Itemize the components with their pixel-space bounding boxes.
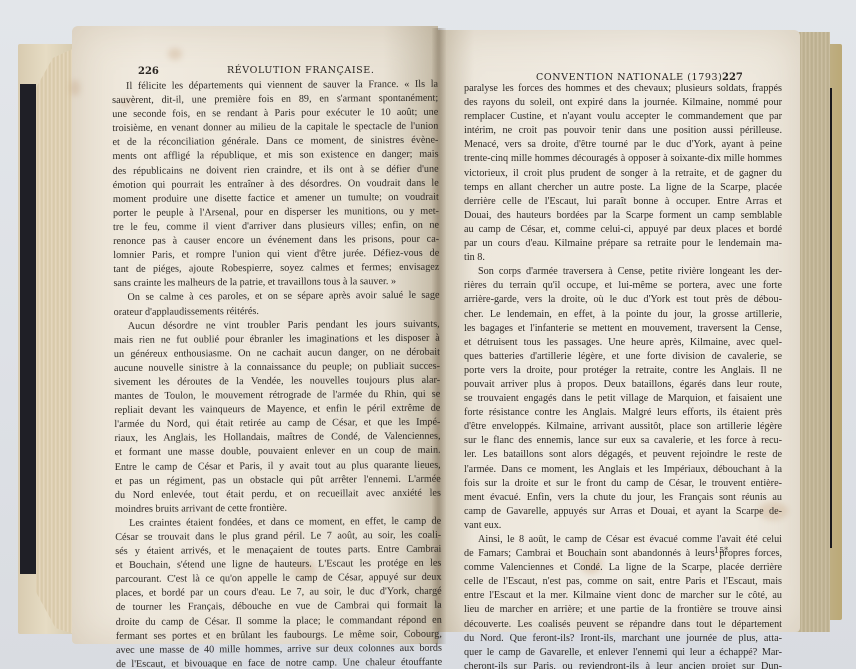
text-line: victorieux, il croit plus prudent de son… — [464, 167, 782, 181]
text-line: des rayons du soleil, ont expiré dans la… — [464, 96, 782, 110]
text-line: se trouvaient engagés dans le petit vill… — [464, 392, 782, 406]
text-line: sur le flanc des ennemis, lance sur eux … — [464, 434, 782, 448]
text-line: ment évacué. Enfin, vers la chute du jou… — [464, 491, 782, 505]
right-page-body: paralyse les forces des hommes et des ch… — [464, 82, 782, 669]
text-line: lieu de marcher en arrière; et une parti… — [464, 603, 782, 617]
text-line: entre l'Escaut et la mer. Kilmaine vient… — [464, 589, 782, 603]
text-line: camp de Gavarelle, appuyés sur Arras et … — [464, 505, 782, 519]
text-line: derrière celle de l'Escaut, lui paraît b… — [464, 195, 782, 209]
foxing-stain — [168, 48, 182, 60]
text-line: remplacer Custine, et n'ayant voulu acce… — [464, 110, 782, 124]
foxing-stain — [70, 80, 80, 96]
text-line: découverte. Les coalisés peuvent se répa… — [464, 618, 782, 632]
text-line: par un cours d'eau. Kilmaine prépare sa … — [464, 237, 782, 251]
text-line: fois sur la droite et sur le front du ca… — [464, 477, 782, 491]
text-line: de l'Escaut, et bivouaque en face de not… — [116, 656, 442, 669]
text-line: vant eux. — [464, 519, 782, 533]
text-line: quer le camp de Gavarelle, et enlever l'… — [464, 646, 782, 660]
text-line: comme Valenciennes et Condé. La ligne de… — [464, 561, 782, 575]
page-number-left: 226 — [138, 66, 159, 77]
text-line: Son corps d'armée traversera à Cense, pe… — [464, 265, 782, 279]
text-line: porte vers la droite, pour protéger la r… — [464, 364, 782, 378]
left-page-body: Il félicite les départements qui viennen… — [112, 78, 442, 669]
running-header-left: RÉVOLUTION FRANÇAISE. — [227, 65, 374, 76]
text-line: les bagages et l'infanterie se mettent e… — [464, 322, 782, 336]
text-line: rières du terrain qu'il occupe, et lui-m… — [464, 279, 782, 293]
text-line: intérim, ne croit pas pouvoir tenir dans… — [464, 124, 782, 138]
text-line: cher. Le lendemain, en effet, à la point… — [464, 308, 782, 322]
text-line: au camp de César, et, comme celui-ci, ap… — [464, 223, 782, 237]
text-line: pouvait arriver plus à propos. Deux bata… — [464, 378, 782, 392]
text-line: paralyse les forces des hommes et des ch… — [464, 82, 782, 96]
text-line: ques batteries d'artillerie légère, et u… — [464, 350, 782, 364]
text-line: Menacé, vers sa droite, d'être tourné pa… — [464, 138, 782, 152]
open-book: 226 RÉVOLUTION FRANÇAISE. CONVENTION NAT… — [0, 0, 856, 669]
text-line: de Famars; Cambrai et Bouchain sont aban… — [464, 547, 782, 561]
text-line: l'armée. Dans ce moment, les Anglais et … — [464, 463, 782, 477]
text-line: celle de l'Escaut, n'est pas, comme on s… — [464, 575, 782, 589]
text-line: arrière-garde, vers la droite, où le duc… — [464, 293, 782, 307]
text-line: On se calme à ces paroles, et on se sépa… — [113, 289, 439, 305]
text-line: tin 8. — [464, 251, 782, 265]
text-line: du Nord. Que feront-ils? Iront-ils, marc… — [464, 632, 782, 646]
text-line: temps en allant chercher un autre poste.… — [464, 181, 782, 195]
text-line: du Nord enlevée, tout était perdu, et on… — [115, 486, 441, 502]
cover-cloth-left — [20, 84, 36, 574]
text-line: et détruisent tous les passages. Une heu… — [464, 336, 782, 350]
text-line: Ainsi, le 8 août, le camp de César est é… — [464, 533, 782, 547]
text-line: cheront-ils sur Paris, ou reviendront-il… — [464, 660, 782, 669]
text-line: Douai, des hauteurs bordées par la Scarp… — [464, 209, 782, 223]
text-line: forte résistance contre les Anglais. Mal… — [464, 406, 782, 420]
text-line: ler. Les bataillons sont alors dégagés, … — [464, 448, 782, 462]
text-line: trente-cinq mille hommes découragés à op… — [464, 152, 782, 166]
text-line: d'être enveloppés. Kilmaine, arrivant au… — [464, 420, 782, 434]
signature-mark: 15* — [714, 546, 728, 555]
